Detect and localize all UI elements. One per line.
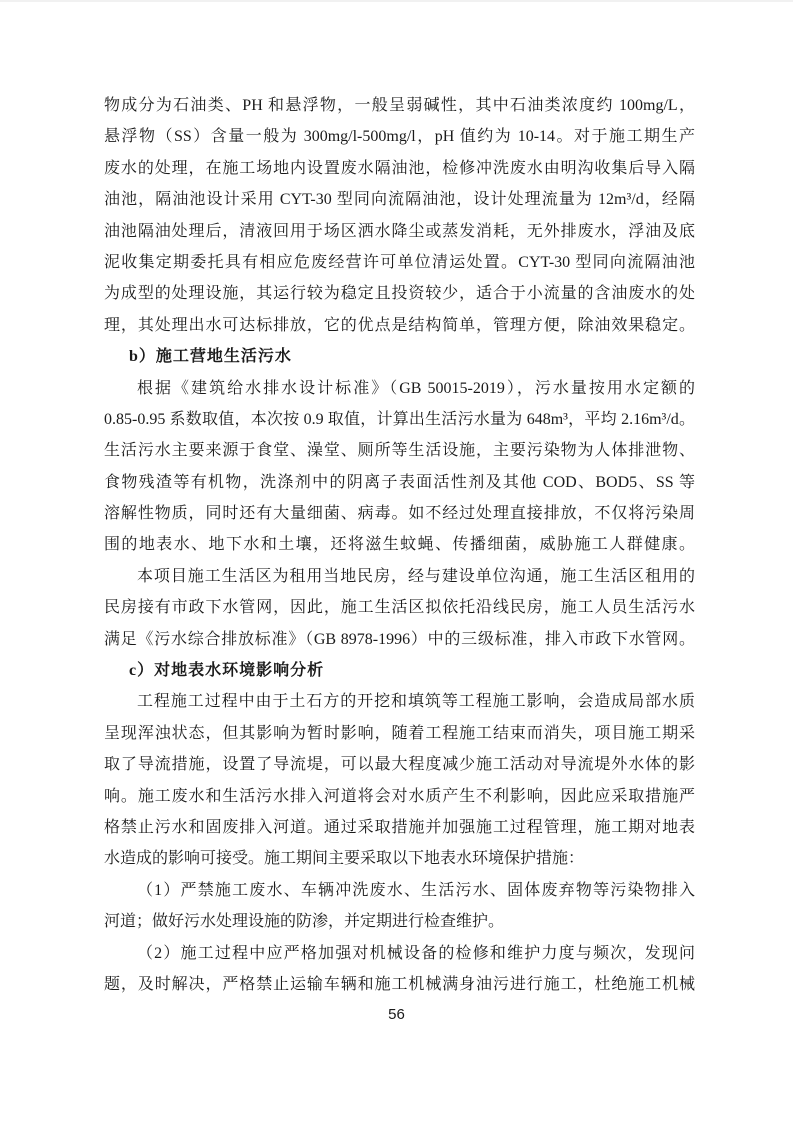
- text-line: （2）施工过程中应严格加强对机械设备的检修和维护力度与频次，发现问: [104, 938, 695, 969]
- text-line: 呈现浑浊状态，但其影响为暂时影响，随着工程施工结束而消失，项目施工期采: [104, 718, 695, 749]
- text-line: 水造成的影响可接受。施工期间主要采取以下地表水环境保护措施：: [104, 843, 695, 874]
- paragraph: 根据《建筑给水排水设计标准》（GB 50015-2019），污水量按用水定额的0…: [104, 373, 695, 561]
- section-heading: c）对地表水环境影响分析: [104, 655, 695, 686]
- text-line: 食物残渣等有机物，洗涤剂中的阴离子表面活性剂及其他 COD、BOD5、SS 等: [104, 467, 695, 498]
- text-line: 油池隔油处理后，清液回用于场区洒水降尘或蒸发消耗，无外排废水，浮油及底: [104, 216, 695, 247]
- text-line: 废水的处理，在施工场地内设置废水隔油池，检修冲洗废水由明沟收集后导入隔: [104, 153, 695, 184]
- text-line: 取了导流措施，设置了导流堤，可以最大程度减少施工活动对导流堤外水体的影: [104, 749, 695, 780]
- paragraph: 工程施工过程中由于土石方的开挖和填筑等工程施工影响，会造成局部水质呈现浑浊状态，…: [104, 686, 695, 874]
- text-line: 河道；做好污水处理设施的防渗，并定期进行检查维护。: [104, 906, 695, 937]
- text-line: 0.85-0.95 系数取值，本次按 0.9 取值，计算出生活污水量为 648m…: [104, 404, 695, 435]
- text-line: 本项目施工生活区为租用当地民房，经与建设单位沟通，施工生活区租用的: [104, 561, 695, 592]
- paragraph: 物成分为石油类、PH 和悬浮物，一般呈弱碱性，其中石油类浓度约 100mg/L，…: [104, 90, 695, 341]
- page-body-text: 物成分为石油类、PH 和悬浮物，一般呈弱碱性，其中石油类浓度约 100mg/L，…: [104, 90, 695, 1000]
- text-line: 题，及时解决，严格禁止运输车辆和施工机械满身油污进行施工，杜绝施工机械: [104, 969, 695, 1000]
- text-line: 围的地表水、地下水和土壤，还将滋生蚊蝇、传播细菌，威胁施工人群健康。: [104, 529, 695, 560]
- document-page: 物成分为石油类、PH 和悬浮物，一般呈弱碱性，其中石油类浓度约 100mg/L，…: [0, 0, 793, 1122]
- text-line: 悬浮物（SS）含量一般为 300mg/l-500mg/l，pH 值约为 10-1…: [104, 121, 695, 152]
- text-line: 响。施工废水和生活污水排入河道将会对水质产生不利影响，因此应采取措施严: [104, 781, 695, 812]
- text-line: 理，其处理出水可达标排放，它的优点是结构简单，管理方便，除油效果稳定。: [104, 310, 695, 341]
- text-line: （1）严禁施工废水、车辆冲洗废水、生活污水、固体废弃物等污染物排入: [104, 875, 695, 906]
- paragraph: （1）严禁施工废水、车辆冲洗废水、生活污水、固体废弃物等污染物排入河道；做好污水…: [104, 875, 695, 938]
- text-line: 满足《污水综合排放标准》（GB 8978-1996）中的三级标准，排入市政下水管…: [104, 624, 695, 655]
- paragraph: （2）施工过程中应严格加强对机械设备的检修和维护力度与频次，发现问题，及时解决，…: [104, 938, 695, 1001]
- section-heading: b）施工营地生活污水: [104, 341, 695, 372]
- text-line: 物成分为石油类、PH 和悬浮物，一般呈弱碱性，其中石油类浓度约 100mg/L，: [104, 90, 695, 121]
- text-line: 生活污水主要来源于食堂、澡堂、厕所等生活设施，主要污染物为人体排泄物、: [104, 435, 695, 466]
- text-line: 民房接有市政下水管网，因此，施工生活区拟依托沿线民房，施工人员生活污水: [104, 592, 695, 623]
- text-line: 根据《建筑给水排水设计标准》（GB 50015-2019），污水量按用水定额的: [104, 373, 695, 404]
- paragraph: 本项目施工生活区为租用当地民房，经与建设单位沟通，施工生活区租用的民房接有市政下…: [104, 561, 695, 655]
- text-line: 为成型的处理设施，其运行较为稳定且投资较少，适合于小流量的含油废水的处: [104, 278, 695, 309]
- text-line: 泥收集定期委托具有相应危废经营许可单位清运处置。CYT-30 型同向流隔油池: [104, 247, 695, 278]
- text-line: 油池，隔油池设计采用 CYT-30 型同向流隔油池，设计处理流量为 12m³/d…: [104, 184, 695, 215]
- text-line: 工程施工过程中由于土石方的开挖和填筑等工程施工影响，会造成局部水质: [104, 686, 695, 717]
- text-line: 格禁止污水和固废排入河道。通过采取措施并加强施工过程管理，施工期对地表: [104, 812, 695, 843]
- text-line: 溶解性物质，同时还有大量细菌、病毒。如不经过处理直接排放，不仅将污染周: [104, 498, 695, 529]
- page-number: 56: [0, 1006, 793, 1023]
